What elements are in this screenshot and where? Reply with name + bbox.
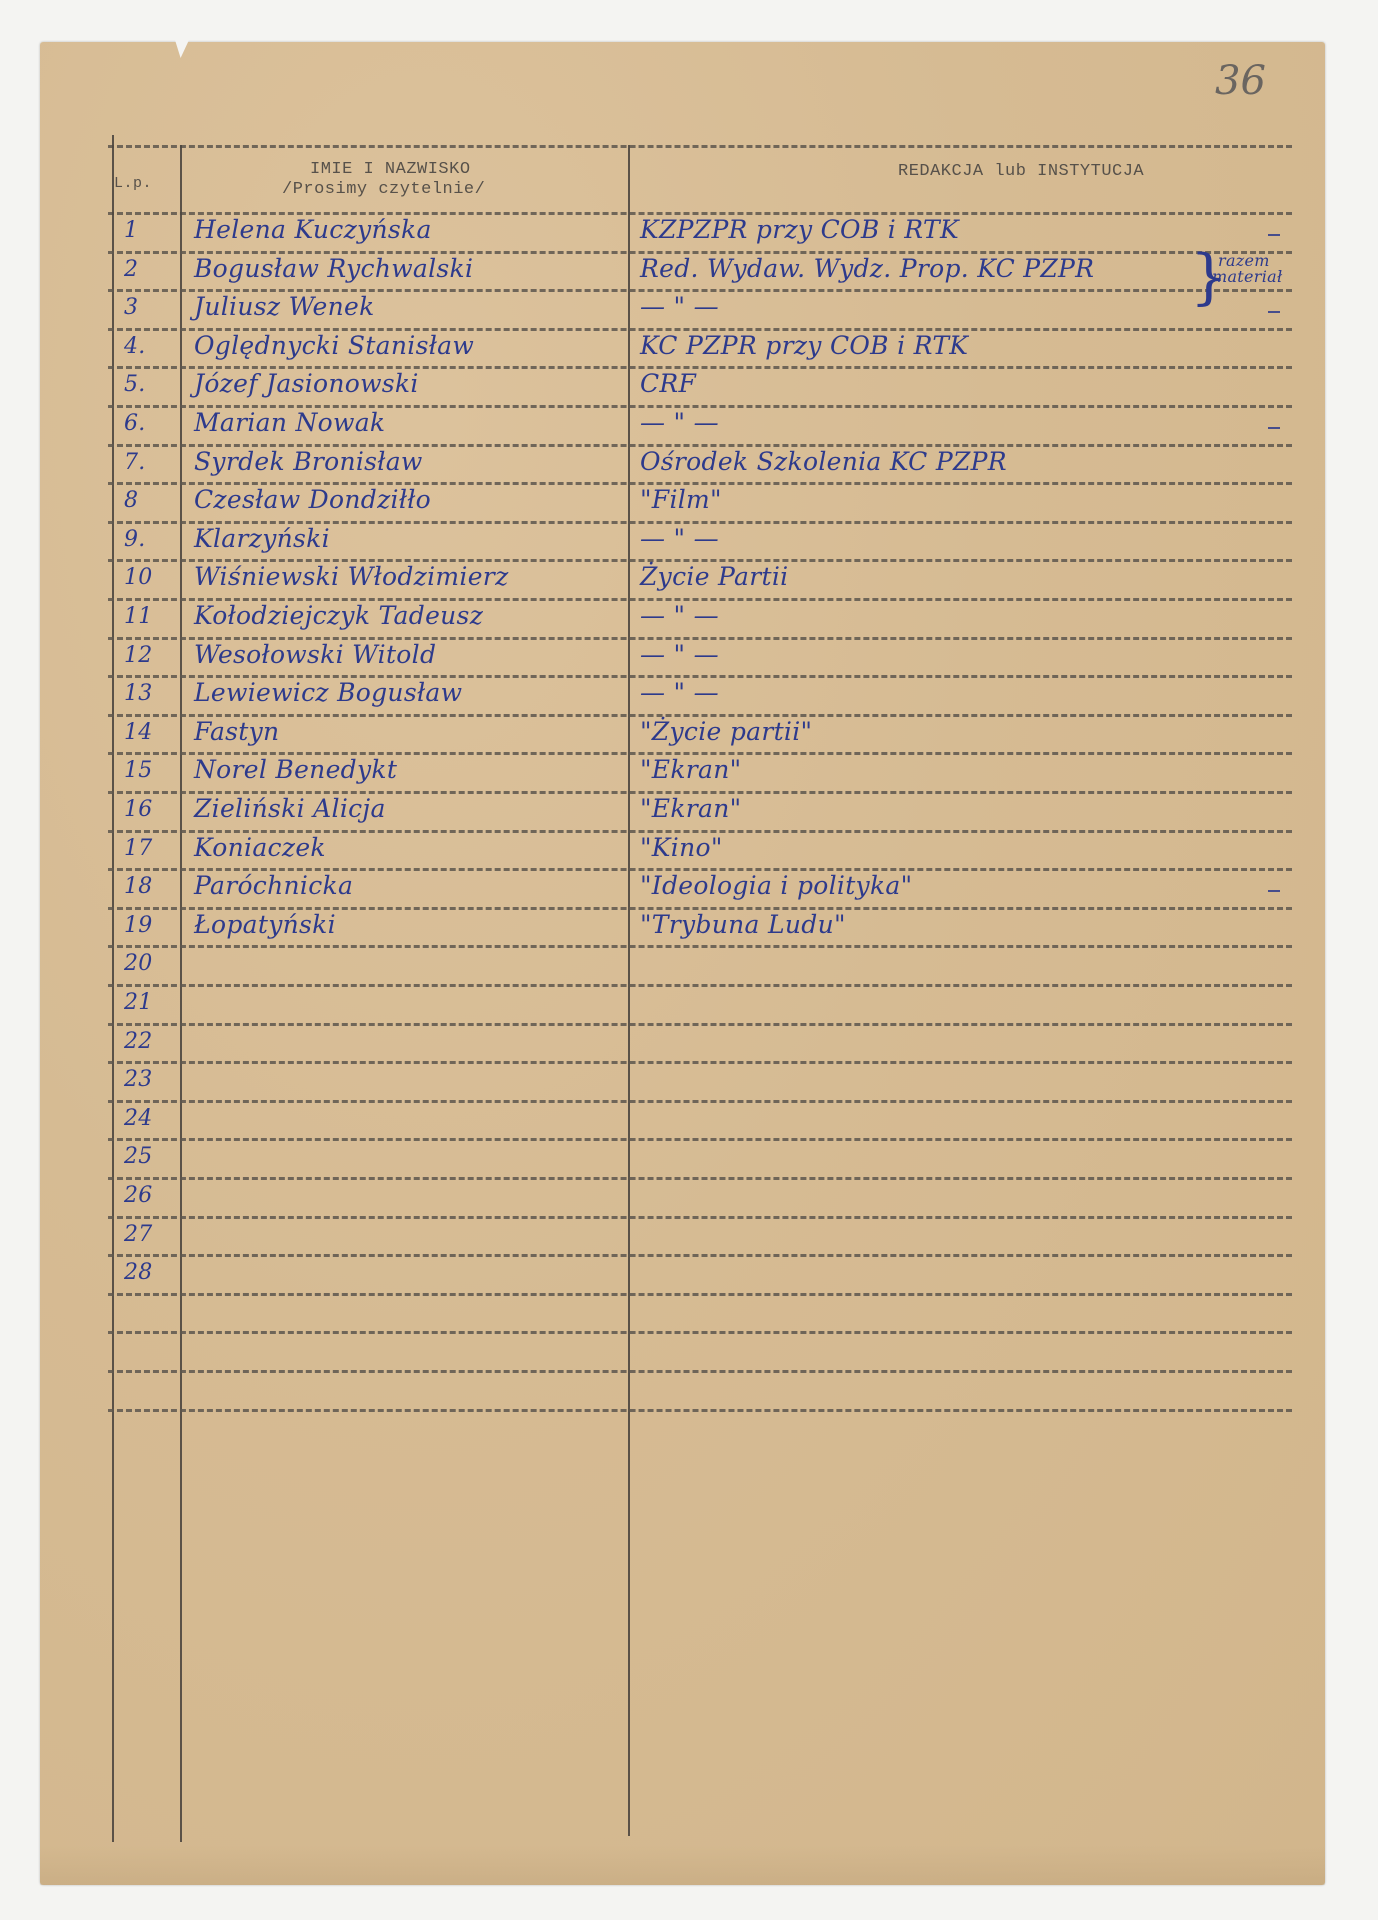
attendee-name: Zieliński Alicja [194, 794, 386, 823]
margin-dash-mark [1268, 311, 1280, 313]
attendee-institution: "Trybuna Ludu" [640, 910, 846, 939]
row-number: 27 [124, 1222, 153, 1247]
row-number: 4. [124, 334, 146, 359]
row-number: 13 [124, 681, 153, 706]
paper-fold-shadow [40, 1845, 1325, 1885]
margin-dash-mark [1268, 890, 1280, 892]
row-rule [108, 1370, 1292, 1373]
attendee-name: Helena Kuczyńska [194, 215, 432, 244]
attendee-name: Juliusz Wenek [194, 292, 375, 321]
attendee-name: Koniaczek [194, 833, 326, 862]
row-number: 10 [124, 565, 153, 590]
attendee-name: Wesołowski Witold [194, 640, 436, 669]
attendee-institution: "Ekran" [640, 755, 741, 784]
attendee-name: Norel Benedykt [194, 755, 397, 784]
table-top-rule [108, 145, 1292, 148]
attendee-institution: "Ideologia i polityka" [640, 871, 912, 900]
attendee-name: Fastyn [194, 717, 279, 746]
row-number: 5. [124, 372, 146, 397]
row-number: 24 [124, 1106, 153, 1131]
attendee-name: Wiśniewski Włodzimierz [194, 562, 509, 591]
margin-dash-mark [1268, 427, 1280, 429]
attendee-name: Czesław Dondziłło [194, 485, 431, 514]
row-number: 12 [124, 643, 153, 668]
attendee-institution: CRF [640, 369, 696, 398]
row-number: 15 [124, 758, 153, 783]
attendee-institution: "Życie partii" [640, 717, 812, 746]
page-number: 36 [1215, 58, 1266, 104]
attendee-name: Lewiewicz Bogusław [194, 678, 462, 707]
attendee-institution: — " — [640, 408, 719, 437]
row-rule [108, 1061, 1292, 1064]
row-number: 28 [124, 1260, 153, 1285]
margin-dash-mark [1268, 234, 1280, 236]
attendee-institution: KZPZPR przy COB i RTK [640, 215, 959, 244]
row-number: 21 [124, 990, 153, 1015]
attendee-name: Marian Nowak [194, 408, 385, 437]
row-rule [108, 1409, 1292, 1412]
torn-notch [175, 40, 189, 58]
header-lp: L.p. [114, 175, 152, 192]
row-rule [108, 1331, 1292, 1334]
row-number: 23 [124, 1067, 153, 1092]
attendee-institution: — " — [640, 524, 719, 553]
row-number: 22 [124, 1029, 153, 1054]
column-rule-lp [180, 145, 182, 1842]
header-name-note: /Prosimy czytelnie/ [282, 180, 485, 199]
row-rule [108, 1138, 1292, 1141]
row-rule [108, 984, 1292, 987]
row-number: 14 [124, 720, 153, 745]
attendee-institution: KC PZPR przy COB i RTK [640, 331, 968, 360]
attendee-institution: — " — [640, 678, 719, 707]
row-number: 9. [124, 527, 146, 552]
attendee-name: Łopatyński [194, 910, 336, 939]
attendee-name: Oględnycki Stanisław [194, 331, 474, 360]
header-institution: REDAKCJA lub INSTYTUCJA [898, 162, 1144, 181]
row-number: 1 [124, 218, 138, 243]
row-rule [108, 1023, 1292, 1026]
attendee-name: Klarzyński [194, 524, 330, 553]
attendee-institution: Red. Wydaw. Wydz. Prop. KC PZPR [640, 254, 1094, 283]
attendee-name: Kołodziejczyk Tadeusz [194, 601, 483, 630]
row-rule [108, 1216, 1292, 1219]
attendee-institution: Ośrodek Szkolenia KC PZPR [640, 447, 1007, 476]
row-number: 2 [124, 257, 138, 282]
attendee-institution: — " — [640, 601, 719, 630]
row-number: 11 [124, 604, 153, 629]
attendee-name: Paróchnicka [194, 871, 353, 900]
row-number: 6. [124, 411, 146, 436]
attendee-name: Syrdek Bronisław [194, 447, 423, 476]
row-number: 8 [124, 488, 138, 513]
row-number: 19 [124, 913, 153, 938]
side-note-line2: materiał [1212, 269, 1283, 285]
header-name: IMIE I NAZWISKO [310, 160, 471, 179]
attendee-institution: — " — [640, 640, 719, 669]
column-rule-left [112, 135, 114, 1842]
row-rule [108, 1100, 1292, 1103]
attendee-institution: — " — [640, 292, 719, 321]
attendee-name: Bogusław Rychwalski [194, 254, 473, 283]
attendee-institution: Życie Partii [640, 562, 788, 591]
row-rule [108, 1293, 1292, 1296]
row-number: 18 [124, 874, 153, 899]
row-number: 7. [124, 450, 146, 475]
column-rule-name [628, 145, 630, 1836]
row-number: 25 [124, 1144, 153, 1169]
row-rule [108, 1177, 1292, 1180]
row-number: 17 [124, 836, 153, 861]
row-number: 16 [124, 797, 153, 822]
attendee-institution: "Film" [640, 485, 722, 514]
attendee-name: Józef Jasionowski [194, 369, 419, 398]
attendee-institution: "Ekran" [640, 794, 741, 823]
row-rule [108, 1254, 1292, 1257]
row-number: 3 [124, 295, 138, 320]
attendee-institution: "Kino" [640, 833, 723, 862]
row-number: 26 [124, 1183, 153, 1208]
row-number: 20 [124, 951, 153, 976]
row-rule [108, 945, 1292, 948]
